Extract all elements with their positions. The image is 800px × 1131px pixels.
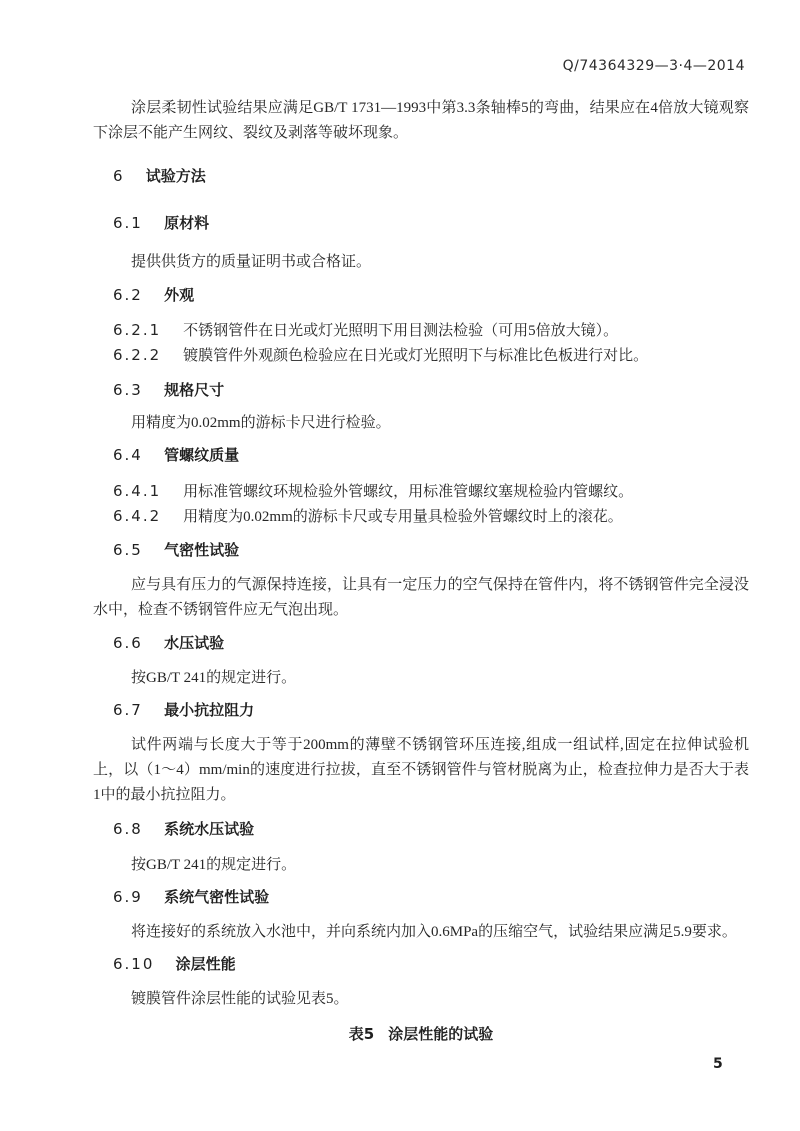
section-title: 原材料: [164, 214, 209, 232]
section-heading-6-9: 6.9 系统气密性试验: [113, 888, 269, 906]
clause-6-4-1: 6.4.1用标准管螺纹环规检验外管螺纹，用标准管螺纹塞规检验内管螺纹。: [113, 479, 749, 505]
section-heading-6-5: 6.5 气密性试验: [113, 541, 239, 559]
section-heading-6-1: 6.1 原材料: [113, 214, 209, 232]
clause-6-4-2: 6.4.2用精度为0.02mm的游标卡尺或专用量具检验外管螺纹时上的滚花。: [113, 504, 749, 530]
section-heading-6-2: 6.2 外观: [113, 286, 194, 304]
clause-number: 6.2.1: [113, 321, 161, 339]
table-caption-label: 表5: [349, 1025, 374, 1043]
section-number: 6.9: [113, 888, 143, 906]
section-heading-6-4: 6.4 管螺纹质量: [113, 446, 239, 464]
section-title: 系统水压试验: [164, 820, 254, 838]
table-caption: 表5涂层性能的试验: [93, 1023, 749, 1044]
section-title: 外观: [164, 286, 194, 304]
clause-number: 6.4.1: [113, 482, 161, 500]
section-title: 规格尺寸: [164, 381, 224, 399]
section-title: 涂层性能: [176, 955, 236, 973]
section-paragraph-6-9: 将连接好的系统放入水池中，并向系统内加入0.6MPa的压缩空气，试验结果应满足5…: [93, 920, 749, 945]
chapter-title: 试验方法: [146, 167, 206, 185]
section-paragraph-6-7: 试件两端与长度大于等于200mm的薄壁不锈钢管环压连接,组成一组试样,固定在拉伸…: [93, 733, 749, 808]
section-number: 6.6: [113, 634, 143, 652]
table-caption-title: 涂层性能的试验: [388, 1025, 493, 1043]
intro-paragraph: 涂层柔韧性试验结果应满足GB/T 1731—1993中第3.3条轴棒5的弯曲，结…: [93, 96, 749, 146]
clause-text: 用标准管螺纹环规检验外管螺纹，用标准管螺纹塞规检验内管螺纹。: [183, 484, 633, 500]
clause-6-2-2: 6.2.2镀膜管件外观颜色检验应在日光或灯光照明下与标准比色板进行对比。: [113, 343, 749, 369]
section-heading-6-3: 6.3 规格尺寸: [113, 381, 224, 399]
section-heading-6-7: 6.7 最小抗拉阻力: [113, 701, 254, 719]
section-title: 水压试验: [164, 634, 224, 652]
clause-number: 6.2.2: [113, 346, 161, 364]
section-title: 系统气密性试验: [164, 888, 269, 906]
clause-text: 不锈钢管件在日光或灯光照明下用目测法检验（可用5倍放大镜）。: [183, 323, 618, 339]
doc-number: Q/74364329—3·4—2014: [563, 57, 745, 75]
section-number: 6.3: [113, 381, 143, 399]
clause-text: 用精度为0.02mm的游标卡尺或专用量具检验外管螺纹时上的滚花。: [183, 509, 623, 525]
section-number: 6.7: [113, 701, 143, 719]
section-paragraph-6-3: 用精度为0.02mm的游标卡尺进行检验。: [93, 411, 749, 436]
section-number: 6.10: [113, 955, 154, 973]
clause-number: 6.4.2: [113, 507, 161, 525]
section-number: 6.8: [113, 820, 143, 838]
section-paragraph-6-8: 按GB/T 241的规定进行。: [93, 853, 749, 878]
clause-text: 镀膜管件外观颜色检验应在日光或灯光照明下与标准比色板进行对比。: [183, 348, 648, 364]
section-title: 气密性试验: [164, 541, 239, 559]
clause-6-2-1: 6.2.1不锈钢管件在日光或灯光照明下用目测法检验（可用5倍放大镜）。: [113, 318, 749, 344]
section-heading-6-8: 6.8 系统水压试验: [113, 820, 254, 838]
page-number: 5: [713, 1056, 723, 1072]
document-page: Q/74364329—3·4—2014 涂层柔韧性试验结果应满足GB/T 173…: [0, 0, 800, 1131]
section-paragraph-6-10: 镀膜管件涂层性能的试验见表5。: [93, 987, 749, 1012]
section-title: 管螺纹质量: [164, 446, 239, 464]
section-number: 6.4: [113, 446, 143, 464]
chapter-number: 6: [113, 167, 125, 185]
section-paragraph-6-5: 应与具有压力的气源保持连接，让具有一定压力的空气保持在管件内，将不锈钢管件完全浸…: [93, 573, 749, 623]
section-paragraph-6-1: 提供供货方的质量证明书或合格证。: [93, 250, 749, 275]
chapter-heading: 6 试验方法: [113, 167, 206, 185]
section-heading-6-6: 6.6 水压试验: [113, 634, 224, 652]
section-paragraph-6-6: 按GB/T 241的规定进行。: [93, 666, 749, 691]
section-number: 6.1: [113, 214, 143, 232]
section-heading-6-10: 6.10 涂层性能: [113, 955, 236, 973]
section-title: 最小抗拉阻力: [164, 701, 254, 719]
section-number: 6.5: [113, 541, 143, 559]
section-number: 6.2: [113, 286, 143, 304]
